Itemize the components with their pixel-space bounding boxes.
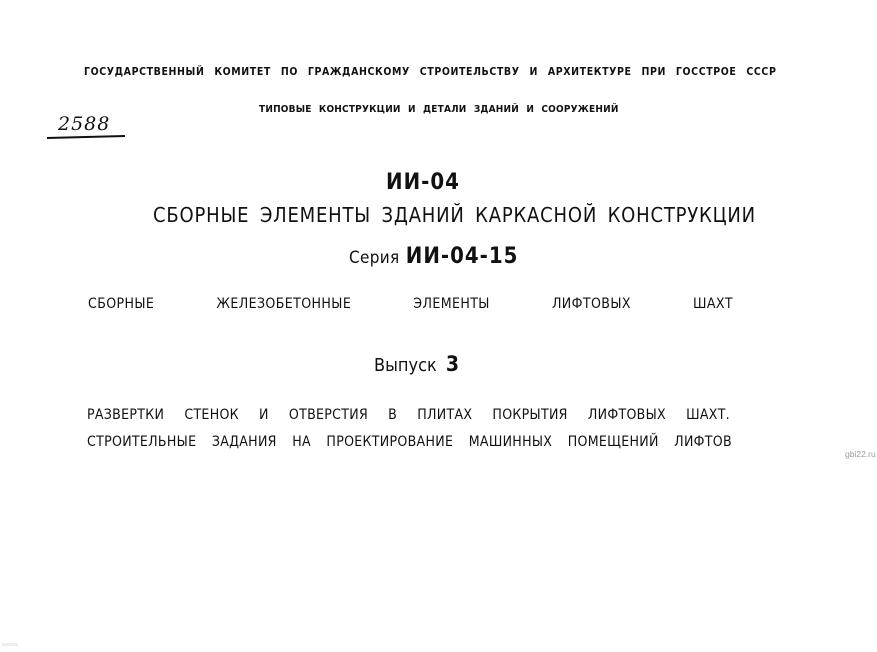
description-word: в bbox=[388, 407, 397, 423]
series-label: Серия bbox=[349, 248, 399, 268]
subtitle-word: Сборные bbox=[88, 296, 154, 312]
description-word: задания bbox=[212, 434, 277, 450]
description-word: проектирование bbox=[326, 434, 453, 450]
series: Серия ИИ-04-15 bbox=[349, 244, 518, 269]
subtitle: Сборные железобетонные элементы лифтовых… bbox=[88, 296, 733, 312]
subtitle-word: лифтовых bbox=[552, 296, 631, 312]
description-word: покрытия bbox=[492, 407, 567, 423]
description-line-1: Развертки стенок и отверстия в плитах по… bbox=[87, 407, 730, 423]
subtitle-word: железобетонные bbox=[216, 296, 351, 312]
description-word: и bbox=[259, 407, 269, 423]
description-word: машинных bbox=[469, 434, 552, 450]
description-word: на bbox=[292, 434, 311, 450]
document-title: Сборные элементы зданий каркасной констр… bbox=[153, 203, 756, 227]
description-word: отверстия bbox=[289, 407, 368, 423]
description-word: лифтовых bbox=[588, 407, 666, 423]
subtitle-word: элементы bbox=[413, 296, 490, 312]
subtitle-word: шахт bbox=[693, 296, 733, 312]
issue-number: 3 bbox=[446, 352, 459, 376]
description-word: шахт. bbox=[686, 407, 730, 423]
scan-artifact bbox=[2, 643, 18, 646]
description-word: Развертки bbox=[87, 407, 164, 423]
description-line-2: Строительные задания на проектирование м… bbox=[87, 434, 732, 450]
archive-number: 2588 bbox=[58, 113, 110, 135]
issue: Выпуск 3 bbox=[374, 352, 459, 376]
header-subtitle: Типовые конструкции и детали зданий и со… bbox=[259, 104, 619, 115]
series-code: ИИ-04-15 bbox=[406, 244, 519, 269]
description-word: лифтов bbox=[674, 434, 732, 450]
header-organization: Государственный комитет по гражданскому … bbox=[84, 66, 776, 78]
document-code: ИИ-04 bbox=[386, 170, 460, 195]
description-word: плитах bbox=[417, 407, 472, 423]
description-word: Строительные bbox=[87, 434, 196, 450]
watermark: gbi22.ru bbox=[845, 449, 876, 459]
description-word: стенок bbox=[184, 407, 239, 423]
archive-number-underline bbox=[47, 135, 125, 139]
description-word: помещений bbox=[568, 434, 659, 450]
issue-label: Выпуск bbox=[374, 355, 437, 376]
